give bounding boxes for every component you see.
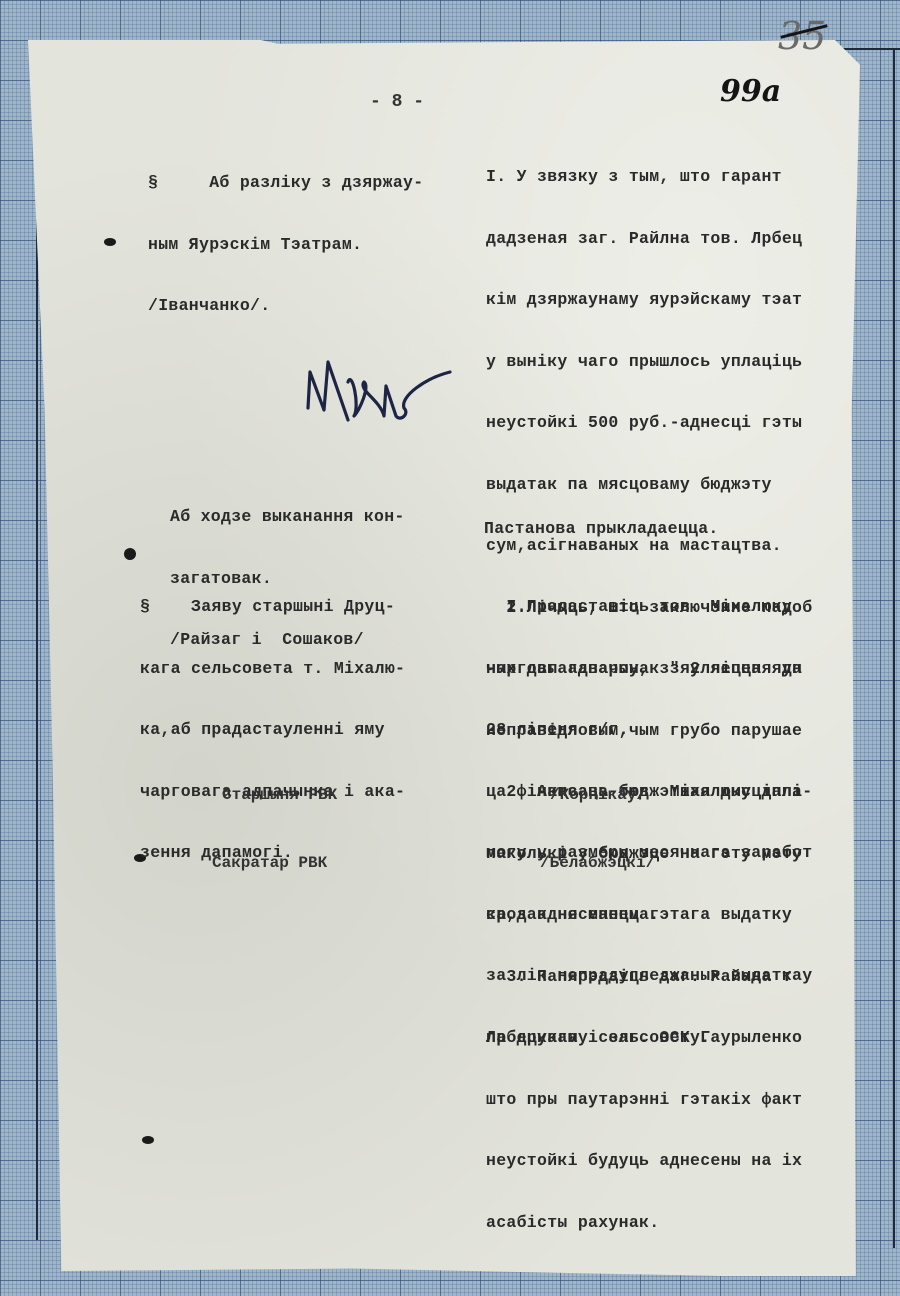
punch-hole bbox=[104, 238, 116, 246]
archive-number: 99а bbox=[720, 74, 781, 109]
punch-hole bbox=[124, 548, 136, 560]
signature-name-secretary: /Белабжэцкі/ bbox=[540, 854, 655, 872]
handwritten-signature bbox=[300, 350, 470, 430]
signature-name-chairman: /Корнікау/ bbox=[550, 786, 646, 804]
item-3-decision: І.Прадаставіць тов. Міхалюку чарговы адп… bbox=[486, 556, 812, 1069]
signature-title-secretary: Сакратар РВК bbox=[212, 854, 327, 872]
mount-frame-left bbox=[36, 160, 38, 1240]
mount-frame-right bbox=[893, 48, 895, 1248]
item-2-decision: Пастанова прыкладаецца. bbox=[484, 478, 719, 560]
mount-frame-top bbox=[838, 48, 900, 50]
page-number: - 8 - bbox=[370, 92, 424, 112]
item-1-question: § Аб разліку з дзяржау- ным Яурэскім Тэа… bbox=[148, 132, 423, 337]
item-3-question: § Заяву старшыні Друц- кага сельсовета т… bbox=[140, 556, 405, 884]
punch-hole bbox=[142, 1136, 154, 1144]
signature-title-chairman: Старшыня РВК bbox=[222, 786, 337, 804]
